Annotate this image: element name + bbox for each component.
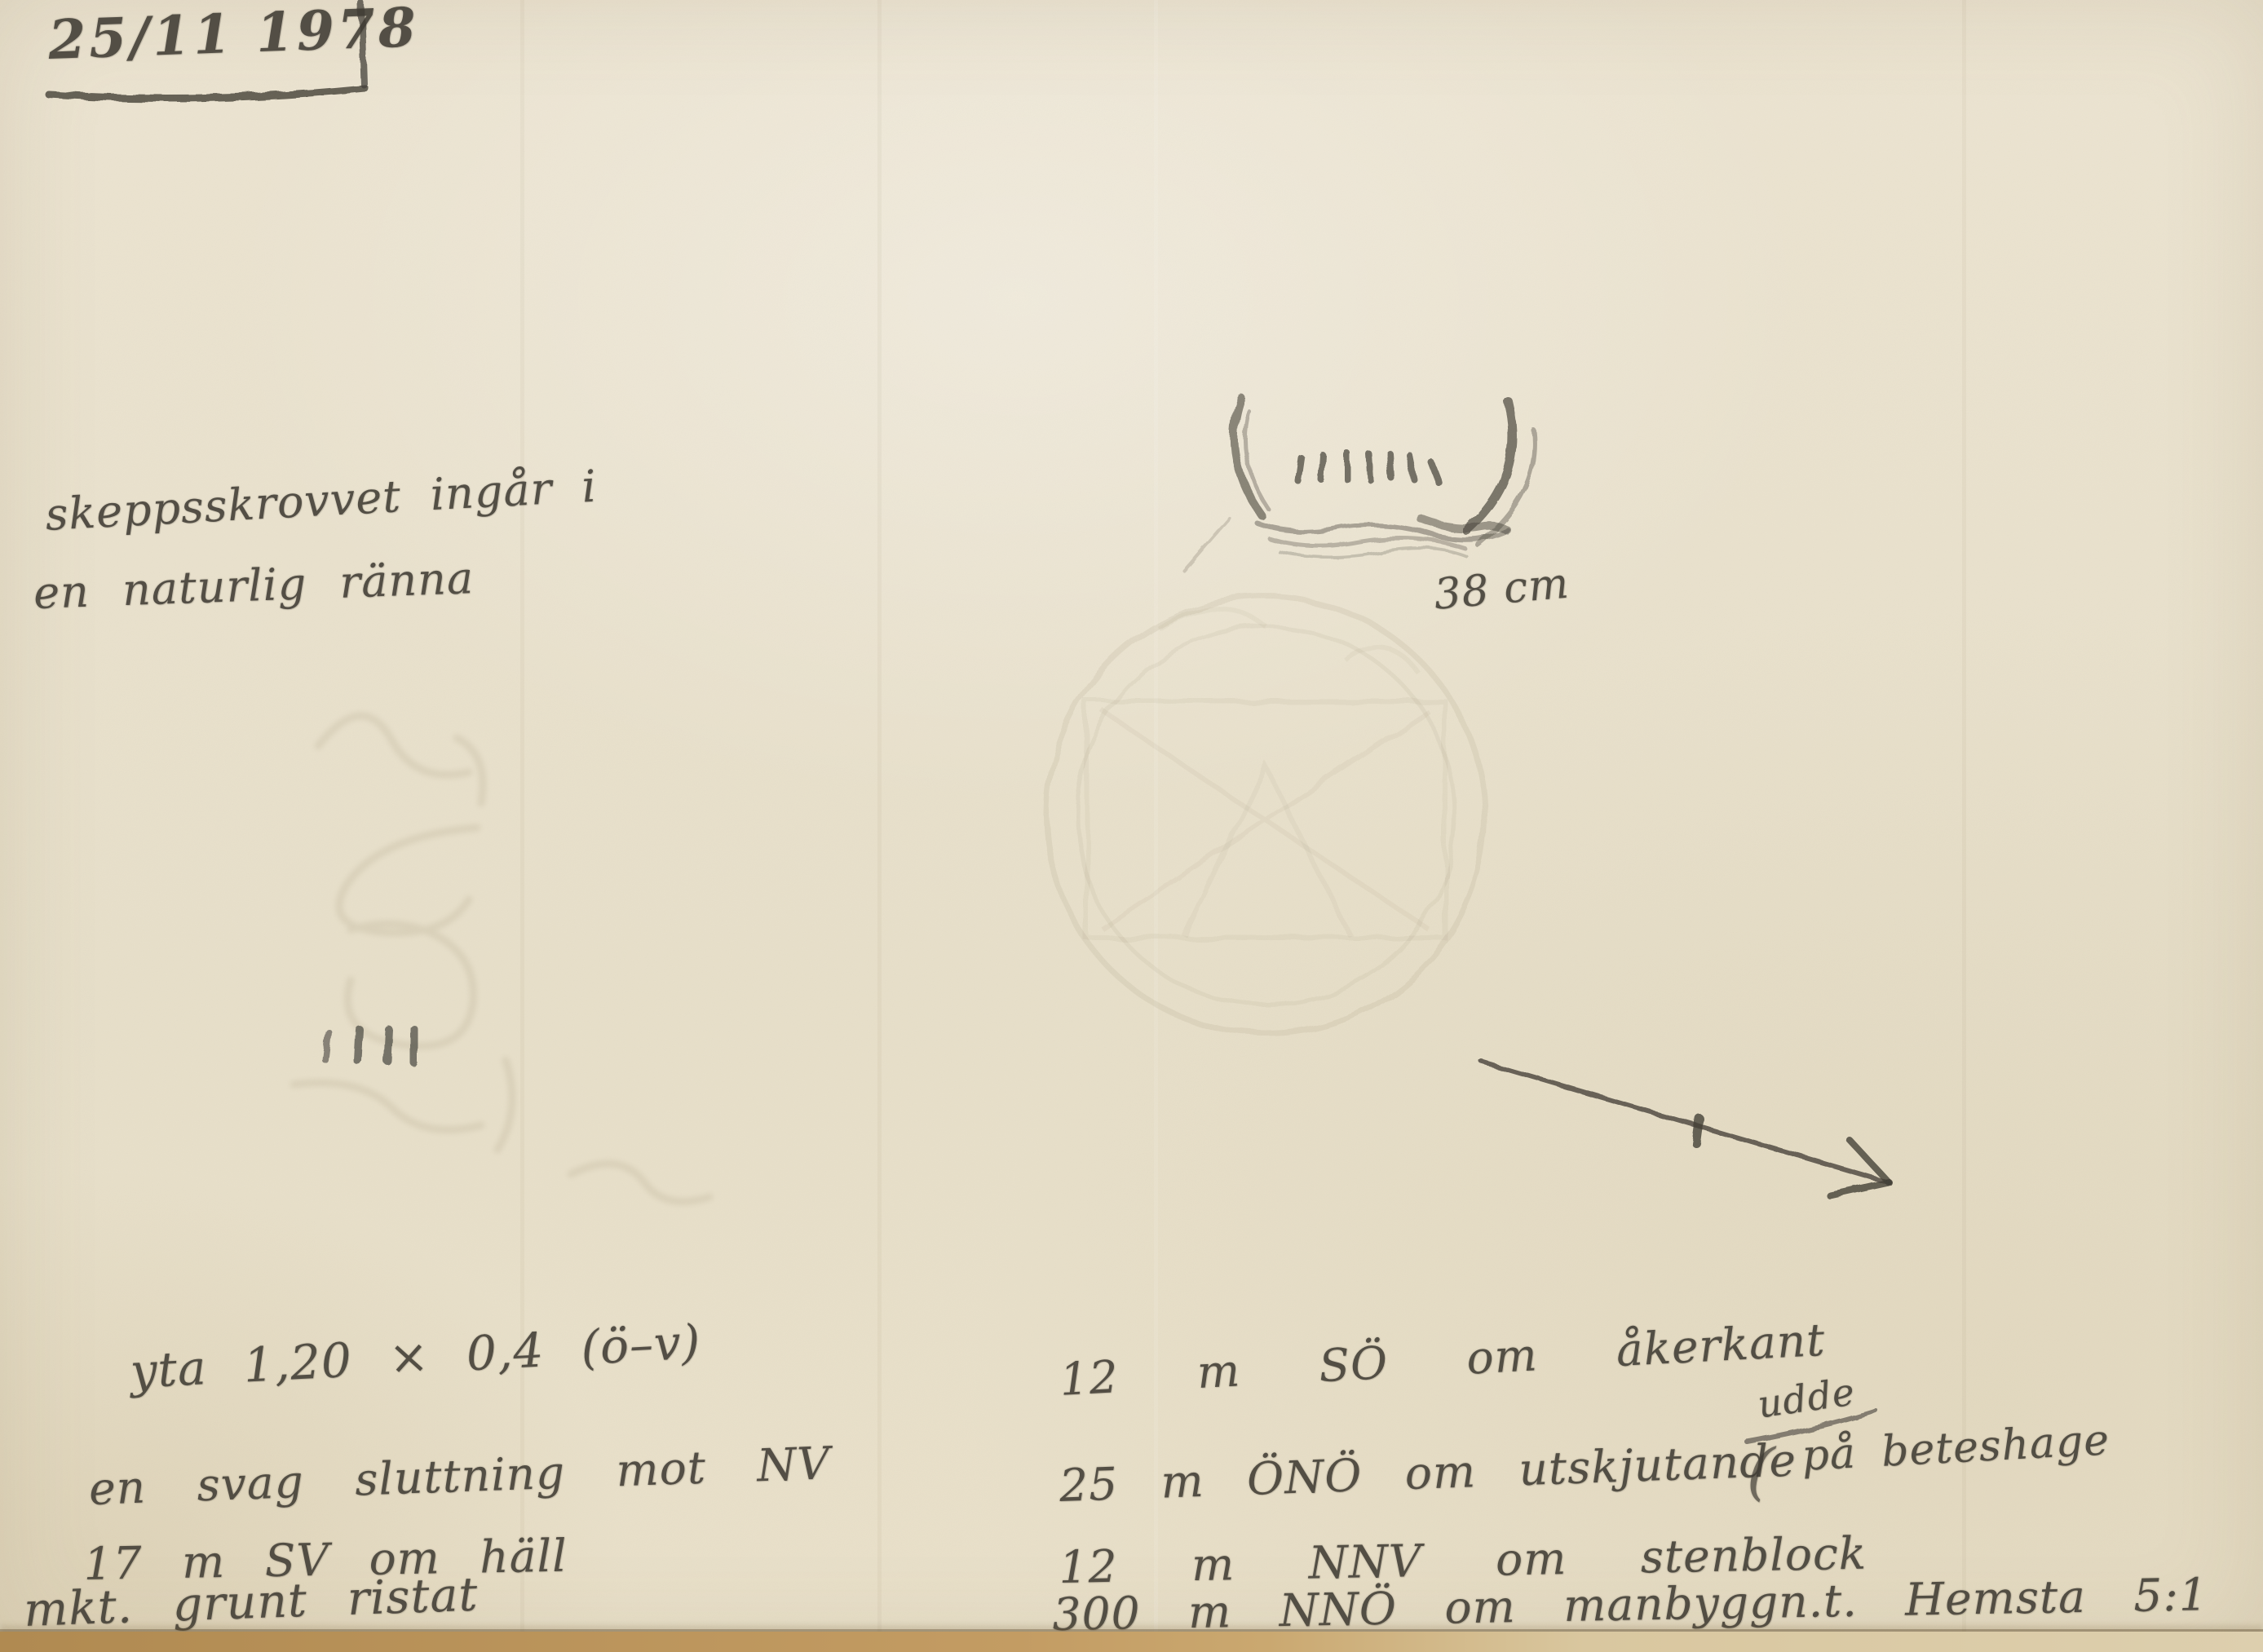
scanned-note-page: 25/11 1978 skeppsskrovvet ingår i en nat… bbox=[0, 0, 2263, 1652]
paper-bottom-edge bbox=[0, 1632, 2263, 1652]
pencil-drawing-layer bbox=[0, 0, 2263, 1652]
paper-grain bbox=[0, 0, 2263, 1652]
